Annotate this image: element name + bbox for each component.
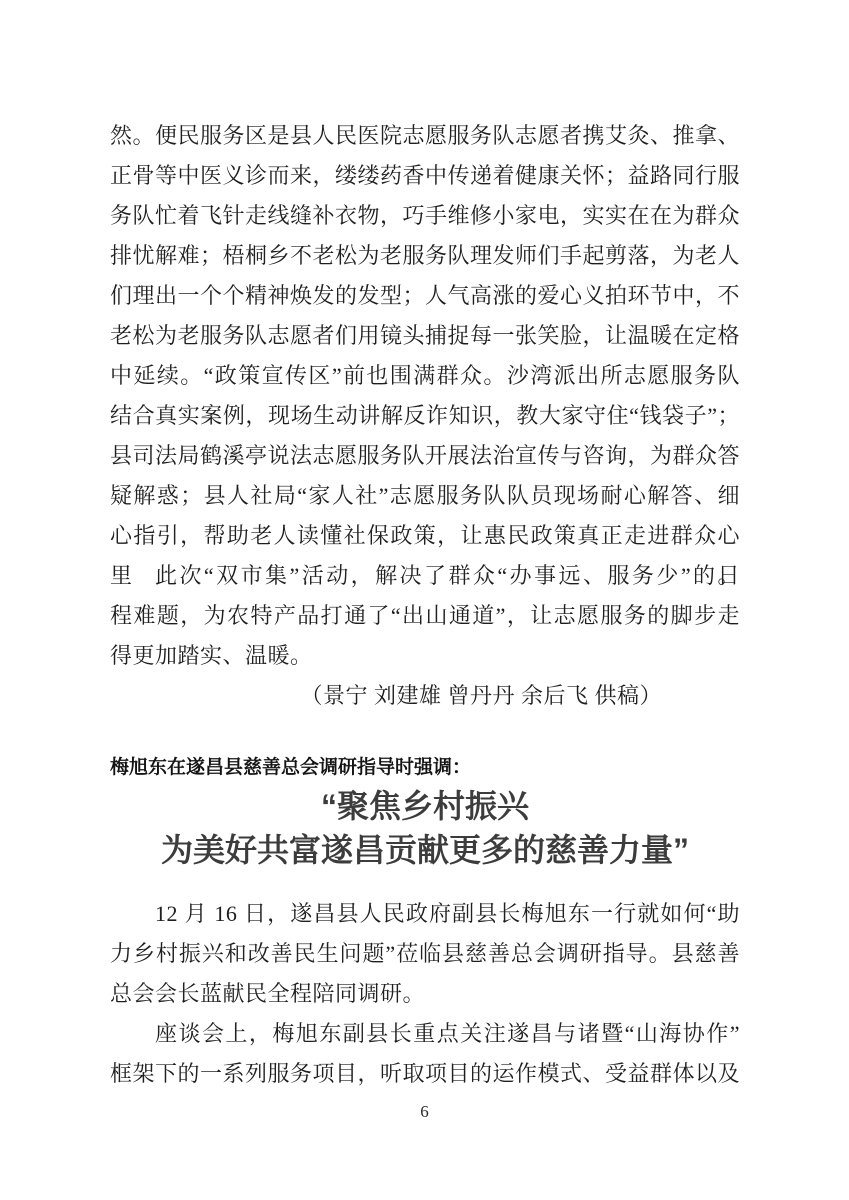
article1-body: 然。便民服务区是县人民医院志愿服务队志愿者携艾灸、推拿、 正骨等中医义诊而来，缕…	[110, 116, 740, 716]
attribution-line: （景宁 刘建雄 曾丹丹 余后飞 供稿）	[110, 676, 740, 716]
body-line: 力乡村振兴和改善民生问题”莅临县慈善总会调研指导。县慈善	[110, 934, 740, 974]
body-line: 务队忙着飞针走线缝补衣物，巧手维修小家电，实实在在为群众	[110, 196, 740, 236]
body-line: 正骨等中医义诊而来，缕缕药香中传递着健康关怀；益路同行服	[110, 156, 740, 196]
document-page: 然。便民服务区是县人民医院志愿服务队志愿者携艾灸、推拿、 正骨等中医义诊而来，缕…	[0, 0, 849, 1200]
body-line: 此次“双市集”活动，解决了群众“办事远、服务少”的日	[110, 556, 740, 596]
body-line: 老松为老服务队志愿者们用镜头捕捉每一张笑脸，让温暖在定格	[110, 316, 740, 356]
body-line: 框架下的一系列服务项目，听取项目的运作模式、受益群体以及	[110, 1054, 740, 1094]
body-line: 结合真实案例，现场生动讲解反诈知识，教大家守住“钱袋子”；	[110, 396, 740, 436]
body-line: 得更加踏实、温暖。	[110, 636, 740, 676]
article2-kicker: 梅旭东在遂昌县慈善总会调研指导时强调：	[110, 754, 740, 782]
body-line: 12 月 16 日，遂昌县人民政府副县长梅旭东一行就如何“助	[110, 894, 740, 934]
body-line: 心指引，帮助老人读懂社保政策，让惠民政策真正走进群众心里。	[110, 516, 740, 556]
page-number: 6	[0, 1100, 849, 1124]
body-line: 排忧解难；梧桐乡不老松为老服务队理发师们手起剪落，为老人	[110, 236, 740, 276]
body-line: 县司法局鹤溪亭说法志愿服务队开展法治宣传与咨询，为群众答	[110, 436, 740, 476]
body-line: 座谈会上，梅旭东副县长重点关注遂昌与诸暨“山海协作”	[110, 1014, 740, 1054]
body-line: 中延续。“政策宣传区”前也围满群众。沙湾派出所志愿服务队	[110, 356, 740, 396]
body-line: 程难题，为农特产品打通了“出山通道”，让志愿服务的脚步走	[110, 596, 740, 636]
article2-body: 12 月 16 日，遂昌县人民政府副县长梅旭东一行就如何“助 力乡村振兴和改善民…	[110, 894, 740, 1094]
body-line: 总会会长蓝献民全程陪同调研。	[110, 974, 740, 1014]
headline-line-1: “聚焦乡村振兴	[85, 784, 765, 828]
body-line: 们理出一个个精神焕发的发型；人气高涨的爱心义拍环节中，不	[110, 276, 740, 316]
body-line: 然。便民服务区是县人民医院志愿服务队志愿者携艾灸、推拿、	[110, 116, 740, 156]
headline-line-2: 为美好共富遂昌贡献更多的慈善力量”	[85, 828, 765, 872]
article2-headline: “聚焦乡村振兴 为美好共富遂昌贡献更多的慈善力量”	[85, 784, 765, 872]
body-line: 疑解惑；县人社局“家人社”志愿服务队队员现场耐心解答、细	[110, 476, 740, 516]
